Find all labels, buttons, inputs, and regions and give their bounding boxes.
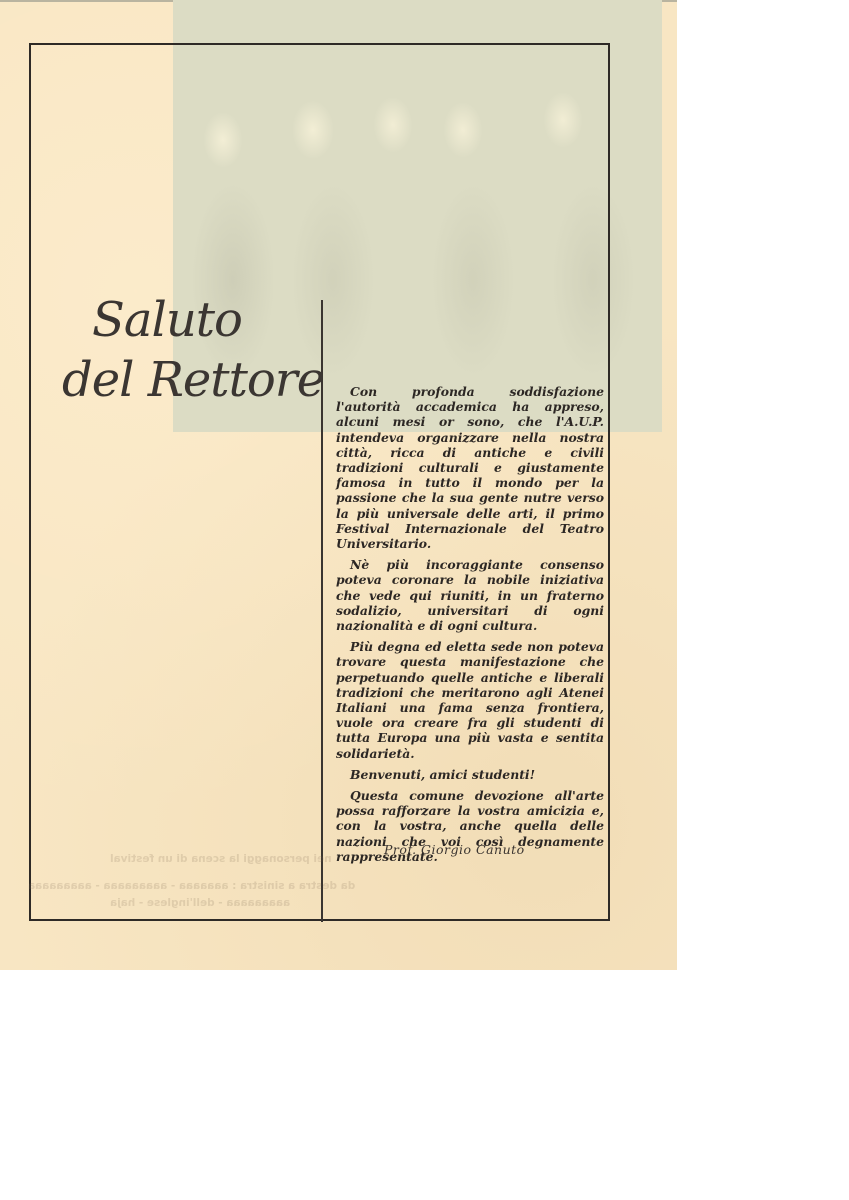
title-line-2: del Rettore xyxy=(62,350,324,410)
letter-body: Con profonda soddisfazione l'autorità ac… xyxy=(336,384,604,870)
paragraph: Benvenuti, amici studenti! xyxy=(336,767,604,782)
document-page: Saluto del Rettore Con profonda soddisfa… xyxy=(0,0,677,970)
paragraph: Nè più incoraggiante consenso poteva cor… xyxy=(336,557,604,633)
title-line-1: Saluto xyxy=(62,290,324,350)
paragraph: Più degna ed eletta sede non poteva trov… xyxy=(336,639,604,761)
signature: Prof. Giorgio Canuto xyxy=(384,842,525,857)
bleed-through-text: da destra a sinistra : aaaaaaa - aaaaaaa… xyxy=(28,880,355,892)
bleed-through-text: nei personaggi la scena di un festival xyxy=(110,853,332,865)
page-title: Saluto del Rettore xyxy=(62,290,324,410)
paragraph: Con profonda soddisfazione l'autorità ac… xyxy=(336,384,604,551)
bleed-through-text: aaaaaaaaa - dell'inglese - haja xyxy=(110,897,290,909)
